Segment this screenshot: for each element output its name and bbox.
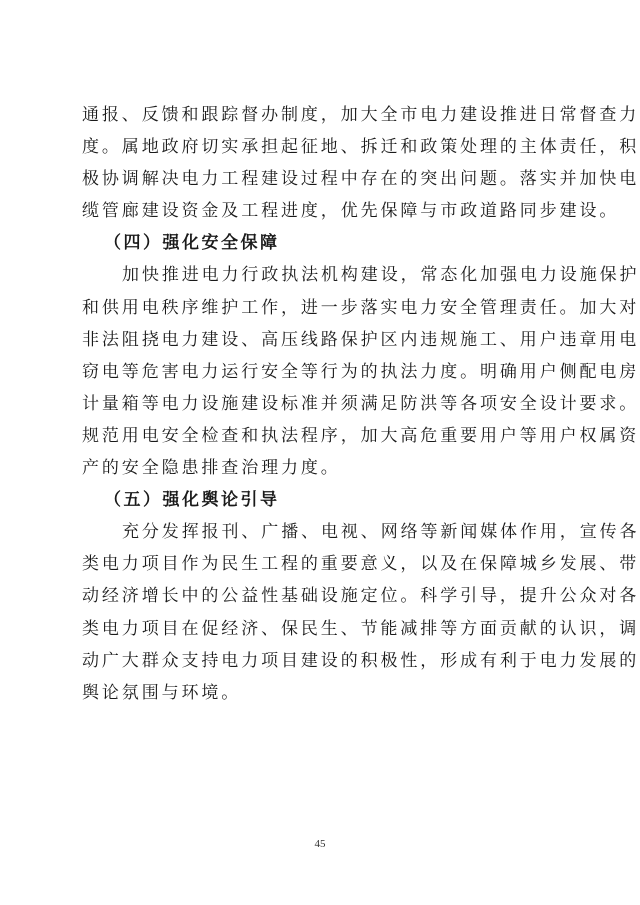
text-line: 类电力项目在促经济、保民生、节能减排等方面贡献的认识，调	[82, 613, 562, 645]
text-line: 加快推进电力行政执法机构建设，常态化加强电力设施保护	[82, 259, 562, 291]
text-line: 动经济增长中的公益性基础设施定位。科学引导，提升公众对各	[82, 580, 562, 612]
section-heading-5: （五）强化舆论引导	[82, 484, 562, 516]
text-line: 规范用电安全检查和执法程序，加大高危重要用户等用户权属资	[82, 420, 562, 452]
text-line: 类电力项目作为民生工程的重要意义，以及在保障城乡发展、带	[82, 548, 562, 580]
page-number: 45	[0, 838, 640, 850]
text-line: 窃电等危害电力运行安全等行为的执法力度。明确用户侧配电房、	[82, 356, 562, 388]
text-line: 和供用电秩序维护工作，进一步落实电力安全管理责任。加大对	[82, 292, 562, 324]
document-body: 通报、反馈和跟踪督办制度，加大全市电力建设推进日常督查力 度。属地政府切实承担起…	[82, 99, 562, 709]
text-line: 充分发挥报刊、广播、电视、网络等新闻媒体作用，宣传各	[82, 516, 562, 548]
text-line: 产的安全隐患排查治理力度。	[82, 452, 562, 484]
text-line: 计量箱等电力设施建设标准并须满足防洪等各项安全设计要求。	[82, 388, 562, 420]
text-line: 通报、反馈和跟踪督办制度，加大全市电力建设推进日常督查力	[82, 99, 562, 131]
text-line: 非法阻挠电力建设、高压线路保护区内违规施工、用户违章用电、	[82, 324, 562, 356]
text-line: 动广大群众支持电力项目建设的积极性，形成有利于电力发展的	[82, 645, 562, 677]
text-line: 舆论氛围与环境。	[82, 677, 562, 709]
text-line: 缆管廊建设资金及工程进度，优先保障与市政道路同步建设。	[82, 195, 562, 227]
document-page: 通报、反馈和跟踪督办制度，加大全市电力建设推进日常督查力 度。属地政府切实承担起…	[0, 0, 640, 905]
section-heading-4: （四）强化安全保障	[82, 227, 562, 259]
text-line: 极协调解决电力工程建设过程中存在的突出问题。落实并加快电	[82, 163, 562, 195]
text-line: 度。属地政府切实承担起征地、拆迁和政策处理的主体责任，积	[82, 131, 562, 163]
